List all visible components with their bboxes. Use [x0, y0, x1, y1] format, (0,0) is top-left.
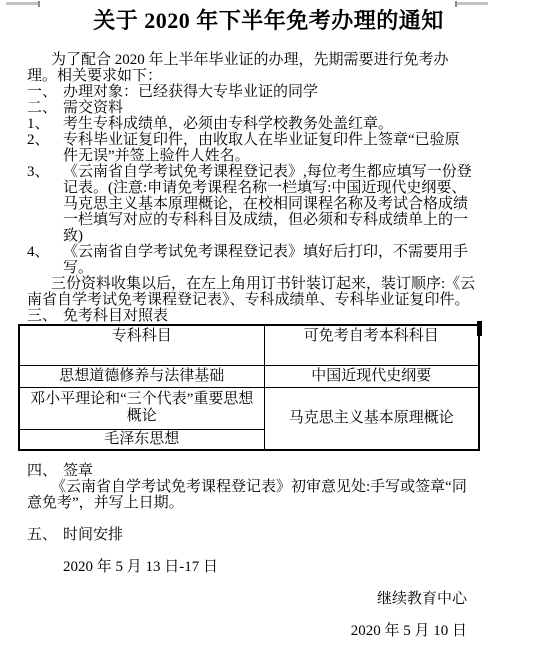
table-header-cell: 专科科目 — [19, 325, 264, 365]
table-cell-college-subject: 邓小平理论和“三个代表”重要思想概论 — [19, 387, 264, 429]
text-line: 南省自学考试免考课程登记表》、专科成绩单、专科毕业证复印件。 — [0, 292, 537, 308]
table-cell-exempt-subject: 中国近现代史纲要 — [264, 365, 479, 387]
text-line: 件无误”并签上验件人姓名。 — [0, 148, 537, 164]
margin-tick — [455, 1, 457, 7]
table-header: 专科科目可免考自考本科科目 — [19, 325, 479, 365]
list-text: 需交资料 — [63, 100, 123, 116]
document-body-top: 为了配合 2020 年上半年毕业证的办理，先期需要进行免考办理。相关要求如下：一… — [0, 52, 537, 324]
text-line — [0, 575, 537, 591]
list-number: 一、 — [27, 84, 63, 100]
table-row: 思想道德修养与法律基础中国近现代史纲要 — [19, 365, 479, 387]
text-line: 《云南省自学考试免考课程登记表》初审意见处:手写或签章“同 — [0, 479, 537, 495]
list-number: 2、 — [27, 132, 63, 148]
text-line — [0, 543, 537, 559]
text-line — [0, 607, 537, 623]
list-text: 免考科目对照表 — [63, 308, 168, 324]
text-line: 三份资料收集以后，在左上角用订书针装订起来，装订顺序:《云 — [0, 276, 537, 292]
text-line: 记表。(注意:申请免考课程名称一栏填写:中国近现代史纲要、 — [0, 180, 537, 196]
list-number: 1、 — [27, 116, 63, 132]
text-line: 2020 年 5 月 13 日-17 日 — [0, 559, 537, 575]
text-line: 一栏填写对应的专科科目及成绩，但必须和专科成绩单上的一 — [0, 212, 537, 228]
table-body: 思想道德修养与法律基础中国近现代史纲要邓小平理论和“三个代表”重要思想概论马克思… — [19, 365, 479, 450]
notice-document: 关于 2020 年下半年免考办理的通知 为了配合 2020 年上半年毕业证的办理… — [0, 0, 537, 654]
list-text: 专科毕业证复印件，由收取人在毕业证复印件上签章“已验原 — [63, 132, 460, 148]
text-line: 马克思主义基本原理概论，在校相同课程名称及考试合格成绩 — [0, 196, 537, 212]
table-cell-college-subject: 毛泽东思想 — [19, 429, 264, 450]
table-cell-college-subject: 思想道德修养与法律基础 — [19, 365, 264, 387]
text-line: 致) — [0, 228, 537, 244]
list-item-line: 2、专科毕业证复印件，由收取人在毕业证复印件上签章“已验原 — [0, 132, 537, 148]
list-number: 五、 — [27, 527, 63, 543]
list-number: 4、 — [27, 244, 63, 260]
table-row: 邓小平理论和“三个代表”重要思想概论马克思主义基本原理概论 — [19, 387, 479, 429]
list-item-line: 4、《云南省自学考试免考课程登记表》填好后打印，不需要用手 — [0, 244, 537, 260]
list-number: 三、 — [27, 308, 63, 324]
list-text: 考生专科成绩单，必须由专科学校教务处盖红章。 — [63, 116, 393, 132]
list-item-line: 三、免考科目对照表 — [0, 308, 537, 324]
spacer — [0, 34, 537, 52]
table-cell-exempt-subject: 马克思主义基本原理概论 — [264, 387, 479, 450]
document-body-bottom: 四、签章《云南省自学考试免考课程登记表》初审意见处:手写或签章“同意免考”，并写… — [0, 463, 537, 639]
text-line: 为了配合 2020 年上半年毕业证的办理，先期需要进行免考办 — [0, 52, 537, 68]
list-number: 3、 — [27, 164, 63, 180]
table-header-row: 专科科目可免考自考本科科目 — [19, 325, 479, 365]
table-header-cell: 可免考自考本科科目 — [264, 325, 479, 365]
date-line: 2020 年 5 月 10 日 — [0, 623, 537, 639]
list-item-line: 1、考生专科成绩单，必须由专科学校教务处盖红章。 — [0, 116, 537, 132]
page-title: 关于 2020 年下半年免考办理的通知 — [0, 7, 537, 34]
list-text: 办理对象：已经获得大专毕业证的同学 — [63, 84, 318, 100]
list-text: 《云南省自学考试免考课程登记表》,每位考生都应填写一份登 — [63, 164, 472, 180]
exemption-subject-table: 专科科目可免考自考本科科目 思想道德修养与法律基础中国近现代史纲要邓小平理论和“… — [18, 324, 480, 451]
list-text: 签章 — [63, 463, 93, 479]
page-margin-mark-left — [6, 2, 40, 5]
list-item-line: 四、签章 — [0, 463, 537, 479]
list-number: 四、 — [27, 463, 63, 479]
margin-tick — [38, 1, 40, 7]
text-line: 意免考”，并写上日期。 — [0, 495, 537, 511]
list-text: 时间安排 — [63, 527, 123, 543]
list-number: 二、 — [27, 100, 63, 116]
list-item-line: 一、办理对象：已经获得大专毕业证的同学 — [0, 84, 537, 100]
signature-line: 继续教育中心 — [0, 591, 537, 607]
spacer — [0, 451, 537, 463]
text-line: 理。相关要求如下： — [0, 68, 537, 84]
text-line: 写。 — [0, 260, 537, 276]
list-text: 《云南省自学考试免考课程登记表》填好后打印，不需要用手 — [63, 244, 468, 260]
table-corner-mark — [477, 321, 482, 336]
list-item-line: 3、《云南省自学考试免考课程登记表》,每位考生都应填写一份登 — [0, 164, 537, 180]
page-margin-mark-right — [455, 2, 488, 5]
list-item-line: 五、时间安排 — [0, 527, 537, 543]
text-line — [0, 511, 537, 527]
list-item-line: 二、需交资料 — [0, 100, 537, 116]
